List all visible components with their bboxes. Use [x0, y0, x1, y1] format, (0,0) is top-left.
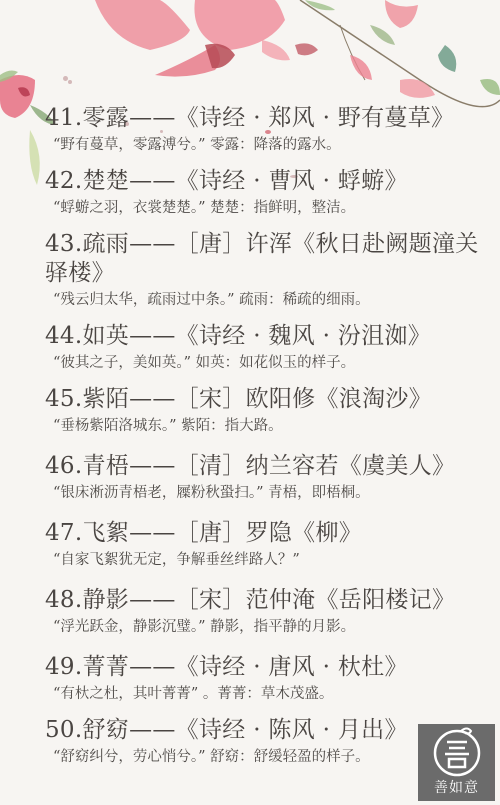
watermark-text: 善如意: [434, 780, 479, 796]
entry-title: 48.静影——［宋］范仲淹《岳阳楼记》: [45, 586, 485, 615]
entry-title: 43.疏雨——［唐］许浑《秋日赴阙题潼关驿楼》: [45, 230, 485, 288]
word-list: 41.零露——《诗经 · 郑风 · 野有蔓草》 “野有蔓草，零露溥兮。” 零露：…: [45, 104, 485, 779]
seal-logo-icon: [431, 724, 483, 778]
entry-note: “垂杨紫陌洛城东。” 紫陌：指大路。: [45, 416, 485, 436]
list-item: 41.零露——《诗经 · 郑风 · 野有蔓草》 “野有蔓草，零露溥兮。” 零露：…: [45, 104, 485, 167]
entry-title: 41.零露——《诗经 · 郑风 · 野有蔓草》: [45, 104, 485, 133]
entry-note: “自家飞絮犹无定，争解垂丝绊路人？”: [45, 550, 485, 570]
list-item: 48.静影——［宋］范仲淹《岳阳楼记》 “浮光跃金，静影沉璧。” 静影，指平静的…: [45, 586, 485, 653]
entry-note: “浮光跃金，静影沉璧。” 静影，指平静的月影。: [45, 617, 485, 637]
entry-title: 45.紫陌——［宋］欧阳修《浪淘沙》: [45, 385, 485, 414]
list-item: 45.紫陌——［宋］欧阳修《浪淘沙》 “垂杨紫陌洛城东。” 紫陌：指大路。: [45, 385, 485, 452]
entry-note: “彼其之子，美如英。” 如英：如花似玉的样子。: [45, 353, 485, 373]
entry-note: “残云归太华，疏雨过中条。” 疏雨：稀疏的细雨。: [45, 290, 485, 310]
entry-note: “野有蔓草，零露溥兮。” 零露：降落的露水。: [45, 135, 485, 155]
list-item: 46.青梧——［清］纳兰容若《虞美人》 “银床淅沥青梧老，屧粉秋蛩扫。” 青梧，…: [45, 452, 485, 519]
entry-title: 49.菁菁——《诗经 · 唐风 · 杕杜》: [45, 653, 485, 682]
watermark-logo: 善如意: [418, 724, 495, 801]
ink-speckle: [68, 80, 72, 84]
list-item: 44.如英——《诗经 · 魏风 · 汾沮洳》 “彼其之子，美如英。” 如英：如花…: [45, 322, 485, 385]
list-item: 42.楚楚——《诗经 · 曹风 · 蜉蝣》 “蜉蝣之羽，衣裳楚楚。” 楚楚：指鲜…: [45, 167, 485, 230]
entry-title: 46.青梧——［清］纳兰容若《虞美人》: [45, 452, 485, 481]
list-item: 49.菁菁——《诗经 · 唐风 · 杕杜》 “有杕之杜，其叶菁菁” 。菁菁：草木…: [45, 653, 485, 716]
list-item: 47.飞絮——［唐］罗隐《柳》 “自家飞絮犹无定，争解垂丝绊路人？”: [45, 519, 485, 586]
entry-note: “蜉蝣之羽，衣裳楚楚。” 楚楚：指鲜明，整洁。: [45, 198, 485, 218]
entry-title: 47.飞絮——［唐］罗隐《柳》: [45, 519, 485, 548]
entry-title: 44.如英——《诗经 · 魏风 · 汾沮洳》: [45, 322, 485, 351]
entry-title: 42.楚楚——《诗经 · 曹风 · 蜉蝣》: [45, 167, 485, 196]
entry-note: “银床淅沥青梧老，屧粉秋蛩扫。” 青梧，即梧桐。: [45, 483, 485, 503]
entry-note: “有杕之杜，其叶菁菁” 。菁菁：草木茂盛。: [45, 684, 485, 704]
list-item: 43.疏雨——［唐］许浑《秋日赴阙题潼关驿楼》 “残云归太华，疏雨过中条。” 疏…: [45, 230, 485, 322]
